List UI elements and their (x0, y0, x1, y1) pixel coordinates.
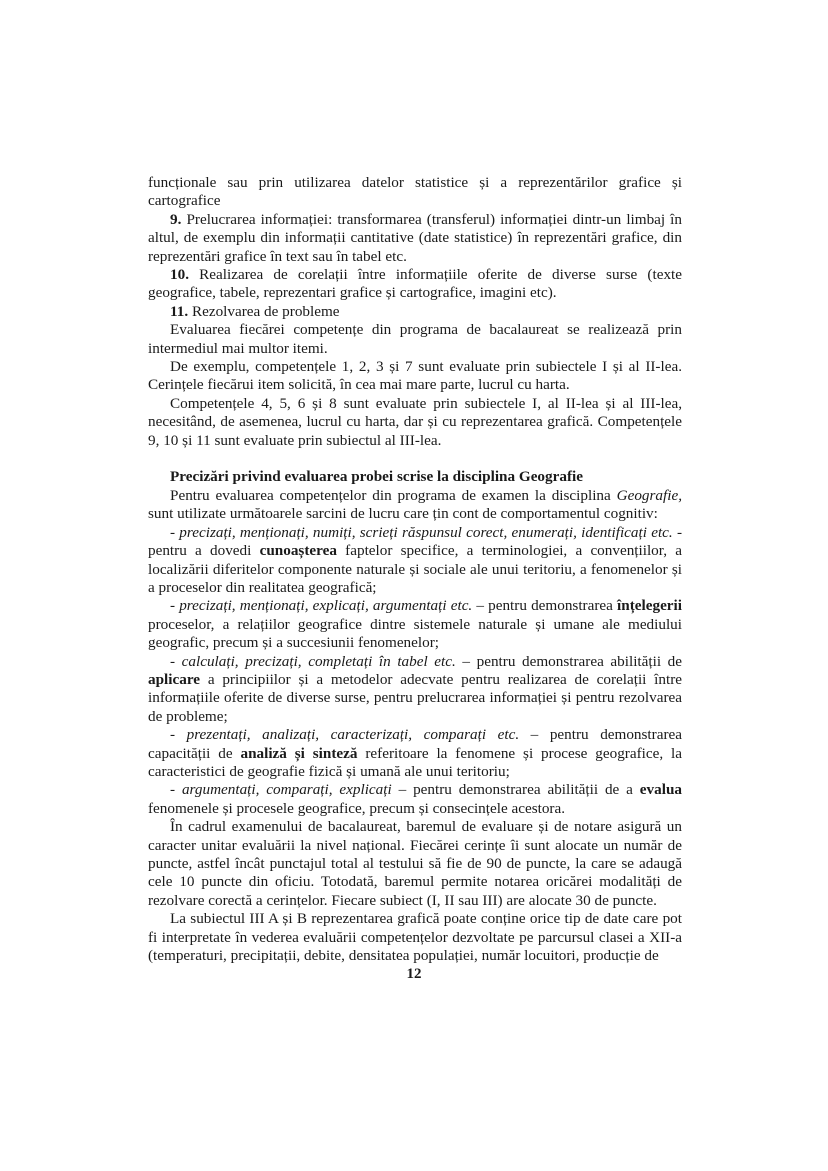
item-number: 11. (170, 303, 188, 320)
task-text: fenomenele și procesele geografice, prec… (148, 800, 565, 817)
list-item: 10. Realizarea de corelații între inform… (148, 266, 682, 303)
task-text: – pentru demonstrarea abilității de a (392, 781, 640, 798)
item-text: Realizarea de corelații între informații… (148, 266, 682, 301)
task-item: - precizați, menționați, explicați, argu… (148, 597, 682, 652)
paragraph: Competențele 4, 5, 6 și 8 sunt evaluate … (148, 395, 682, 450)
paragraph: La subiectul III A și B reprezentarea gr… (148, 910, 682, 965)
task-keyword: aplicare (148, 671, 200, 688)
task-verbs: - precizați, menționați, explicați, argu… (170, 597, 472, 614)
task-item: - precizați, menționați, numiți, scrieți… (148, 524, 682, 598)
task-verbs: - argumentați, comparați, explicați (170, 781, 392, 798)
intro-text: Pentru evaluarea competențelor din progr… (170, 487, 617, 504)
task-item: - argumentați, comparați, explicați – pe… (148, 781, 682, 818)
list-item: 9. Prelucrarea informației: transformare… (148, 211, 682, 266)
document-page: funcționale sau prin utilizarea datelor … (148, 174, 682, 965)
task-item: - prezentați, analizați, caracterizați, … (148, 726, 682, 781)
task-text: – pentru demonstrarea (472, 597, 617, 614)
section-intro: Pentru evaluarea competențelor din progr… (148, 487, 682, 524)
paragraph: De exemplu, competențele 1, 2, 3 și 7 su… (148, 358, 682, 395)
list-item: 11. Rezolvarea de probleme (148, 303, 682, 321)
section-heading: Precizări privind evaluarea probei scris… (148, 468, 682, 486)
task-keyword: înțelegerii (617, 597, 682, 614)
item-text: Prelucrarea informației: transformarea (… (148, 211, 682, 265)
task-text: a principiilor și a metodelor adecvate p… (148, 671, 682, 725)
page-number: 12 (0, 966, 828, 983)
item-number: 10. (170, 266, 189, 283)
continuation-paragraph: funcționale sau prin utilizarea datelor … (148, 174, 682, 211)
task-verbs: - prezentați, analizați, caracterizați, … (170, 726, 519, 743)
paragraph: Evaluarea fiecărei competențe din progra… (148, 321, 682, 358)
task-keyword: cunoașterea (260, 542, 337, 559)
item-number: 9. (170, 211, 181, 228)
intro-text-end: sunt utilizate următoarele sarcini de lu… (148, 505, 658, 522)
task-text: proceselor, a relațiilor geografice dint… (148, 616, 682, 651)
task-keyword: evalua (640, 781, 682, 798)
section-heading-text: Precizări privind evaluarea probei scris… (170, 468, 583, 485)
paragraph: În cadrul examenului de bacalaureat, bar… (148, 818, 682, 910)
task-text: – pentru demonstrarea abilității de (456, 653, 682, 670)
intro-italic: Geografie, (617, 487, 682, 504)
task-verbs: - precizați, menționați, numiți, scrieți… (170, 524, 673, 541)
task-keyword: analiză și sinteză (240, 745, 357, 762)
item-text: Rezolvarea de probleme (188, 303, 339, 320)
task-verbs: - calculați, precizați, completați în ta… (170, 653, 456, 670)
task-item: - calculați, precizați, completați în ta… (148, 653, 682, 727)
spacer (148, 450, 682, 468)
